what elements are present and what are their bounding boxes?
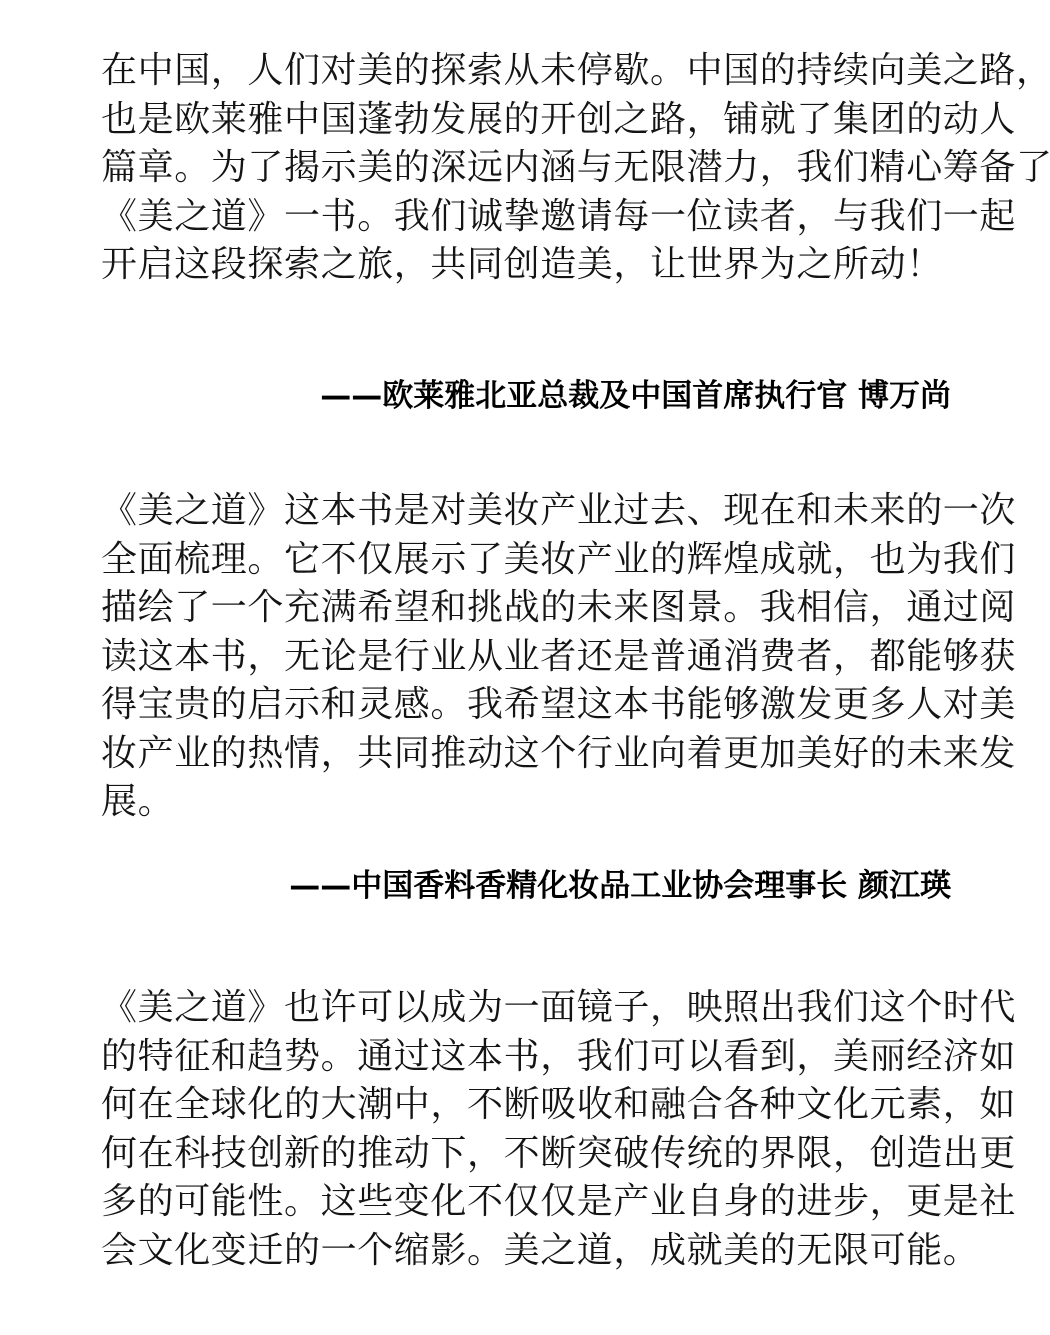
quote-attribution-2: ——中国香料香精化妆品工业协会理事长 颜江瑛 [101, 866, 951, 906]
quote-paragraph-2: 《美之道》这本书是对美妆产业过去、现在和未来的一次 全面梳理。它不仅展示了美妆产… [101, 487, 951, 827]
text-line: 妆产业的热情，共同推动这个行业向着更加美好的未来发 [101, 730, 951, 779]
text-line: 《美之道》这本书是对美妆产业过去、现在和未来的一次 [101, 487, 951, 536]
text-line: 也是欧莱雅中国蓬勃发展的开创之路，铺就了集团的动人 [101, 96, 951, 145]
text-line: 描绘了一个充满希望和挑战的未来图景。我相信，通过阅 [101, 584, 951, 633]
text-line: 何在全球化的大潮中，不断吸收和融合各种文化元素，如 [101, 1081, 951, 1130]
text-line: 何在科技创新的推动下，不断突破传统的界限，创造出更 [101, 1130, 951, 1179]
text-line: 会文化变迁的一个缩影。美之道，成就美的无限可能。 [101, 1227, 951, 1276]
text-line: 全面梳理。它不仅展示了美妆产业的辉煌成就，也为我们 [101, 536, 951, 585]
quote-paragraph-3: 《美之道》也许可以成为一面镜子，映照出我们这个时代 的特征和趋势。通过这本书，我… [101, 984, 951, 1275]
text-line: 多的可能性。这些变化不仅仅是产业自身的进步，更是社 [101, 1178, 951, 1227]
text-line: 《美之道》也许可以成为一面镜子，映照出我们这个时代 [101, 984, 951, 1033]
text-line: 的特征和趋势。通过这本书，我们可以看到，美丽经济如 [101, 1033, 951, 1082]
text-line: 在中国，人们对美的探索从未停歇。中国的持续向美之路， [101, 47, 951, 96]
text-line: 读这本书，无论是行业从业者还是普通消费者，都能够获 [101, 633, 951, 682]
text-line: 开启这段探索之旅，共同创造美，让世界为之所动！ [101, 241, 951, 290]
text-line: 篇章。为了揭示美的深远内涵与无限潜力，我们精心筹备了 [101, 144, 951, 193]
text-line: 得宝贵的启示和灵感。我希望这本书能够激发更多人对美 [101, 681, 951, 730]
quote-paragraph-1: 在中国，人们对美的探索从未停歇。中国的持续向美之路， 也是欧莱雅中国蓬勃发展的开… [101, 47, 951, 290]
text-line: 展。 [101, 778, 951, 827]
quote-attribution-1: ——欧莱雅北亚总裁及中国首席执行官 博万尚 [101, 376, 951, 416]
text-line: 《美之道》一书。我们诚挚邀请每一位读者，与我们一起 [101, 193, 951, 242]
